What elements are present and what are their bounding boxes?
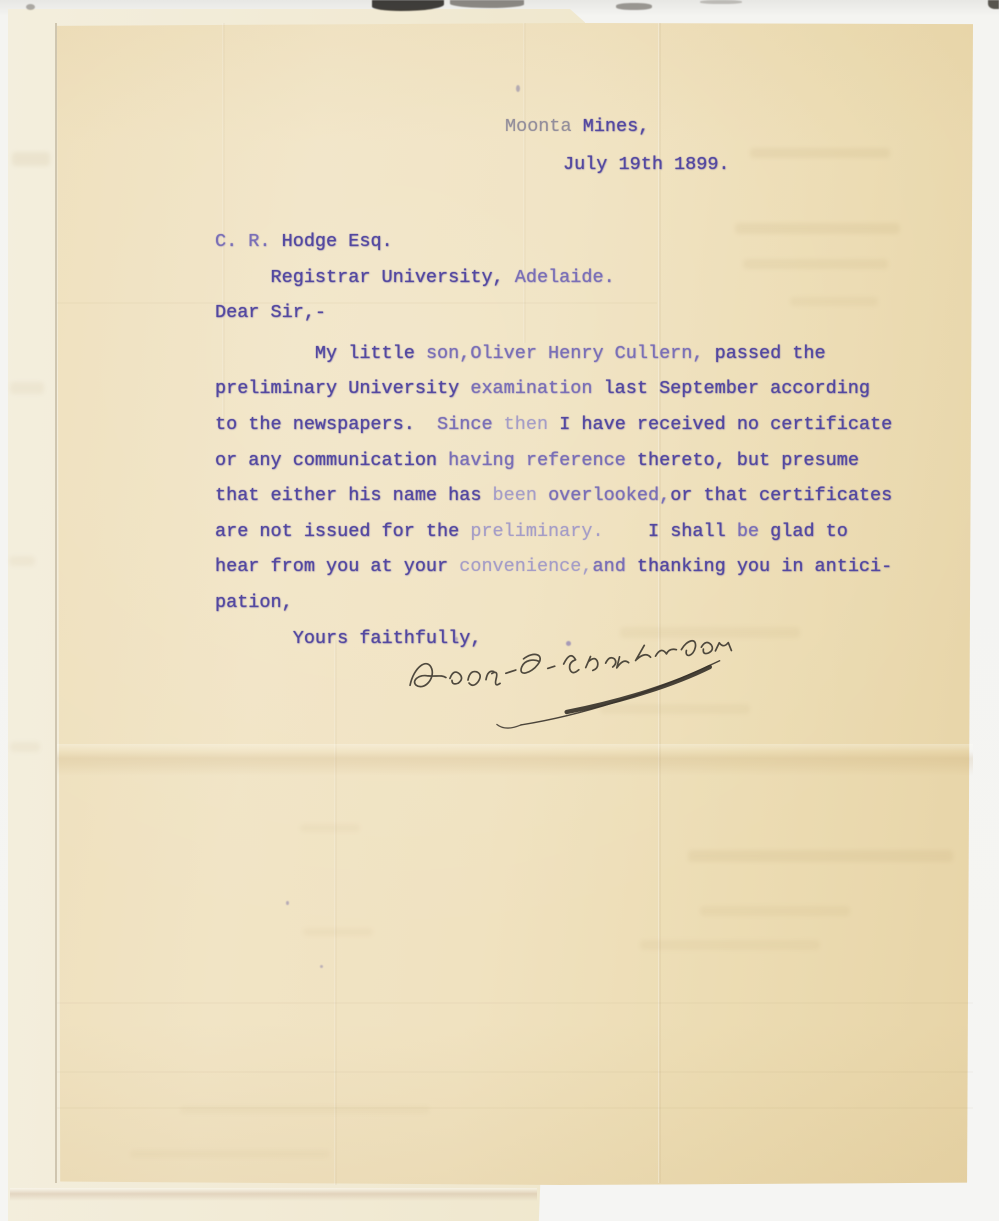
bleedthrough-mark [10,742,40,752]
bleedthrough-mark [700,906,850,916]
bleedthrough-mark [9,556,35,566]
typewritten-text: Dear Sir,- [215,302,326,323]
typewritten-text: are not issued for the [215,521,470,542]
typewritten-text: preliminary. [470,521,603,542]
typewritten-text: convenience, [459,556,592,577]
scanner-smudge [988,0,999,9]
ink-speck [516,85,520,92]
typewritten-text: hear from you at your [215,556,459,577]
typewritten-text: overlooked, [537,485,670,506]
typewritten-text: or that certificates [670,485,892,506]
bleedthrough-mark [130,1150,330,1158]
ink-speck [455,637,458,641]
scanner-smudge [450,0,524,8]
typewritten-text: preliminary University [215,378,470,399]
fold-crease-horizontal [57,744,973,776]
signature-flourish-tail [497,724,521,728]
letter-line: preliminary University examination last … [215,374,892,410]
bleedthrough-mark [640,940,820,950]
typewritten-text: examination [470,378,592,399]
typewritten-text: Hodge Esq. [282,231,393,252]
letter-line: July 19th 1899. [563,152,730,178]
typewritten-text: C. R. [215,231,282,252]
typewritten-text: pation, [215,592,293,613]
typewritten-text: glad to [759,521,848,542]
bleedthrough-mark [750,148,890,158]
typewritten-text: Adelaide. [504,267,615,288]
typewritten-text: and [592,556,625,577]
typewritten-text: that either his name has [215,485,493,506]
bleedthrough-mark [303,928,373,936]
ink-speck [286,901,289,905]
signature-flourish-thick [566,667,711,712]
typewritten-text: last September according [592,378,870,399]
typewritten-text: been [493,485,537,506]
letter-line: that either his name has been overlooked… [215,481,892,517]
typewritten-text: be [737,521,759,542]
fold-crease-horizontal [10,1188,537,1201]
letter-line: hear from you at your convenience,and th… [215,552,892,588]
typewritten-text: passed the [703,343,825,364]
letter-line: pation, [215,588,892,624]
typewritten-text: having reference [448,450,626,471]
typewritten-text: Mines, [583,116,650,137]
letter-line: or any communication having reference th… [215,446,892,482]
typewritten-text: I shall [604,521,737,542]
bleedthrough-mark [300,824,360,832]
ink-speck [566,641,571,646]
typewritten-text: I have received no certificate [548,414,892,435]
scanned-letter-page: Moonta Mines,July 19th 1899. C. R. Hodge… [0,0,999,1221]
letter-line: C. R. Hodge Esq. [215,227,892,263]
bleedthrough-mark [10,382,44,394]
bleedthrough-mark [12,152,50,166]
letter-line: Registrar University, Adelaide. [215,263,892,299]
letter-body: C. R. Hodge Esq. Registrar University, A… [215,227,892,659]
letter-line: to the newspapers. Since then I have rec… [215,410,892,446]
scanner-smudge [616,3,652,10]
typewritten-text: thanking you in antici- [626,556,892,577]
typewritten-text: or any communication [215,450,448,471]
letter-line: are not issued for the preliminary. I sh… [215,517,892,553]
typewritten-text: Since [437,414,504,435]
typewritten-text: then [504,414,548,435]
sheet-edge [55,23,57,1183]
typewritten-text: to the newspapers. [215,414,437,435]
fold-crease-horizontal [57,1002,973,1004]
ink-speck [320,965,323,968]
typewritten-text: My little [215,343,426,364]
bleedthrough-mark [688,850,953,862]
typewritten-text: Moonta [505,116,583,137]
signature-flourish-thin [520,661,721,725]
letter-line: Dear Sir,- [215,298,892,334]
scanner-smudge [26,4,35,10]
fold-crease-vertical [334,640,337,1185]
typewritten-text: July 19th 1899. [563,154,730,175]
typewritten-text: Registrar University, [215,267,504,288]
fold-crease-horizontal [57,1071,973,1073]
scanner-smudge [700,0,742,4]
typewritten-text: thereto, but presume [626,450,859,471]
bleedthrough-mark [180,1106,430,1114]
letter-line: Moonta Mines, [505,114,649,140]
typewritten-text: son,Oliver Henry Cullern, [426,343,704,364]
letter-line: My little son,Oliver Henry Cullern, pass… [215,339,892,375]
